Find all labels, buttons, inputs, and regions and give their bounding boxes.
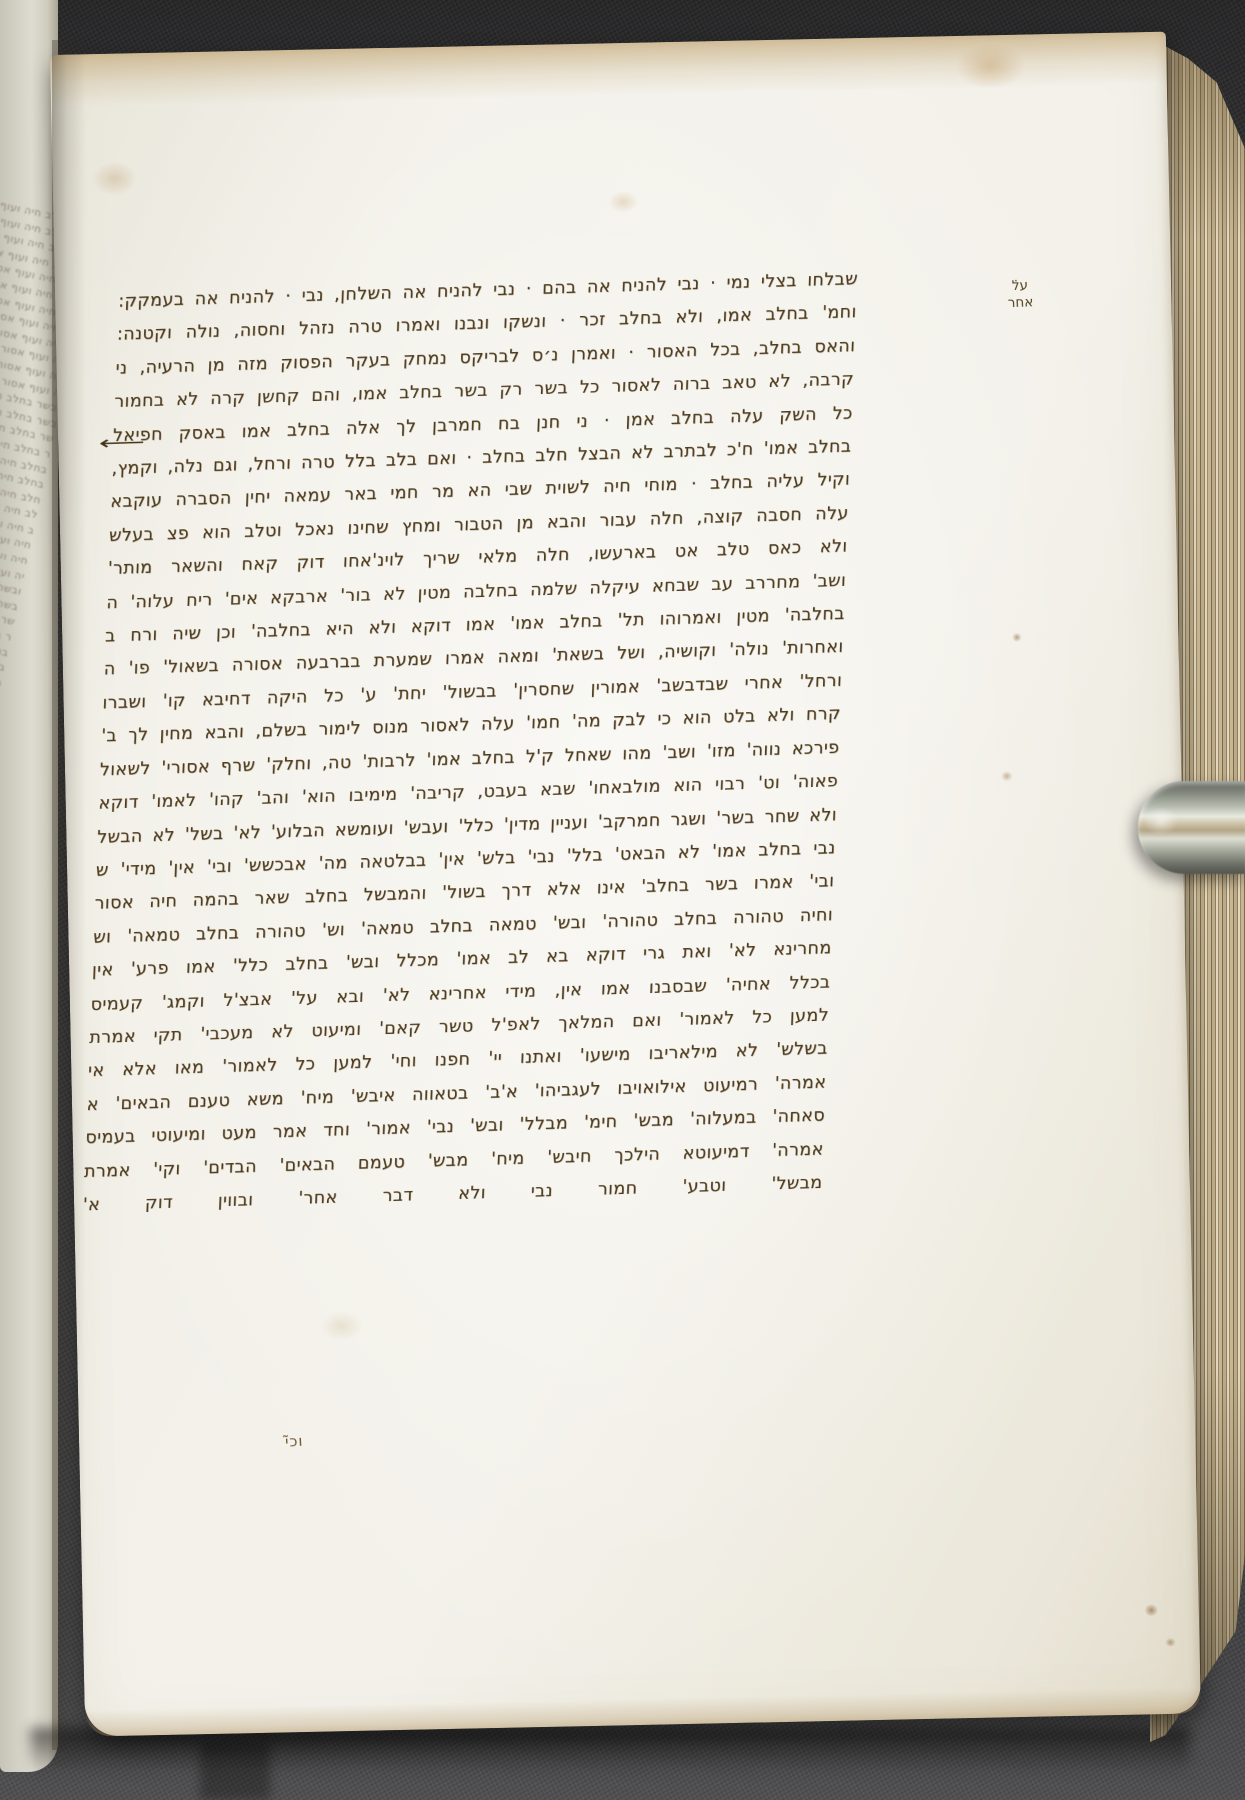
arrow-mark: ⟵ xyxy=(98,431,145,454)
facing-page-text: ובשר בחלב חיה ועוף אסור מדברי סופרים ומו… xyxy=(0,188,58,1439)
glass-page-weight xyxy=(1138,781,1245,874)
marginal-note-line: אחר xyxy=(997,294,1044,313)
facing-page-edge: ובשר בחלב חיה ועוף אסור מדברי סופרים ומו… xyxy=(0,0,58,1772)
catchword: וכ̃י xyxy=(285,1432,304,1451)
book-drop-shadow-band xyxy=(200,1742,270,1800)
stain-spot xyxy=(1012,633,1021,642)
stain-spot xyxy=(1165,1638,1175,1647)
photo-background: ובשר בחלב חיה ועוף אסור מדברי סופרים ומו… xyxy=(0,0,1245,1800)
text-block: ⟵ שבלחו בצלי נמי · נבי להניח אה בהם · נב… xyxy=(82,263,858,1223)
marginal-note-line: ע̇ל xyxy=(997,277,1044,296)
manuscript-page: ⟵ שבלחו בצלי נמי · נבי להניח אה בהם · נב… xyxy=(50,32,1201,1737)
marginal-note: ע̇ל אחר xyxy=(997,277,1044,313)
stain-spot xyxy=(608,191,638,214)
stain-spot xyxy=(1001,771,1012,781)
head-edge-stain xyxy=(50,32,1167,107)
glass-highlight xyxy=(1144,807,1178,835)
stain-spot xyxy=(92,161,137,196)
stain-spot xyxy=(320,1311,363,1342)
stain-spot xyxy=(1145,1604,1158,1616)
